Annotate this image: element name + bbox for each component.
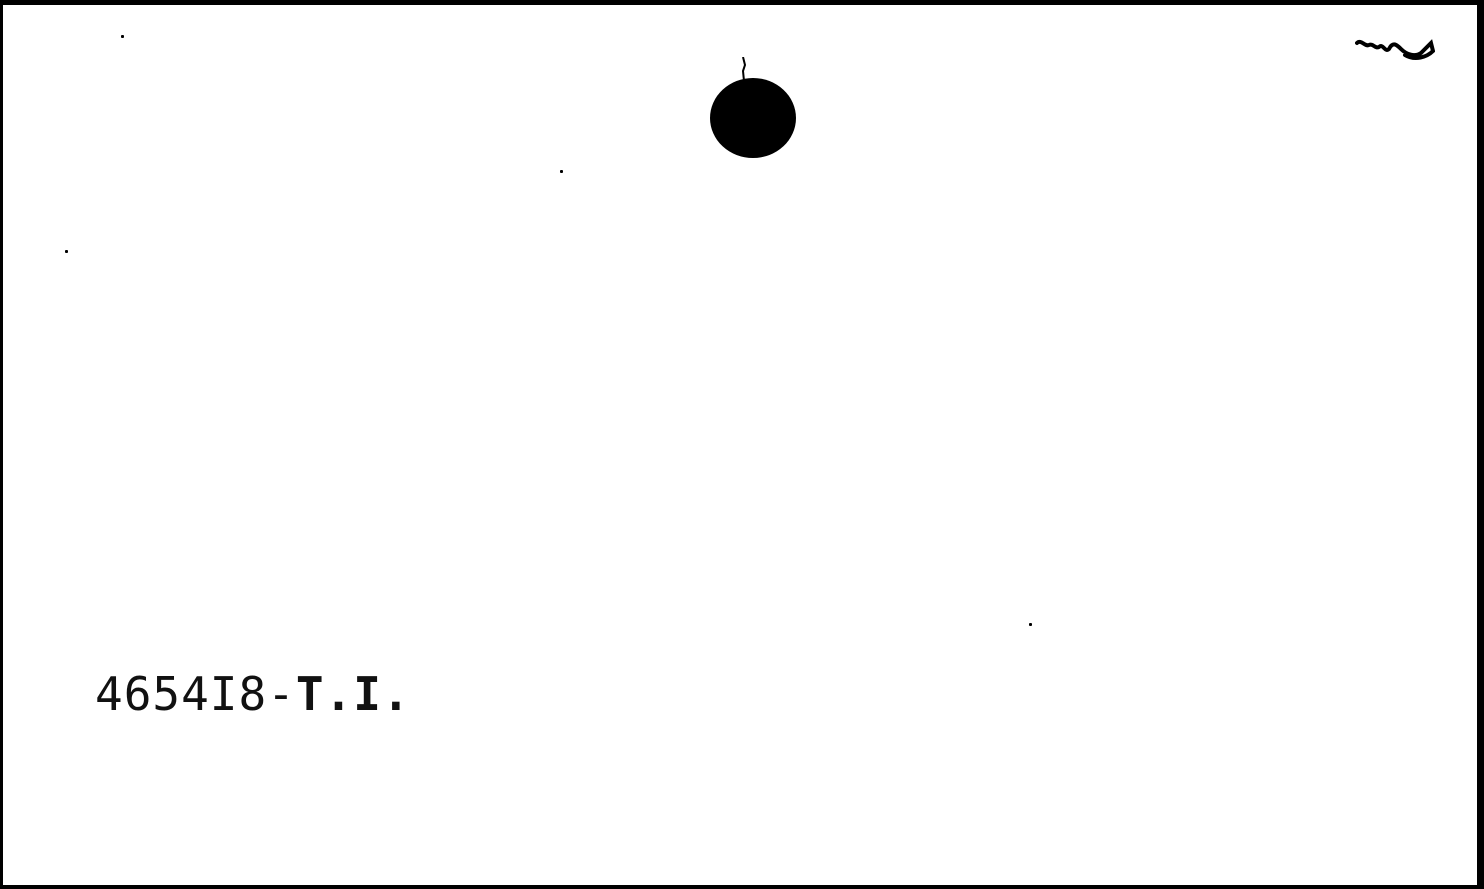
speck bbox=[65, 250, 68, 253]
speck bbox=[121, 35, 124, 38]
speck bbox=[560, 170, 563, 173]
index-card: 4654I8-T.I. bbox=[3, 5, 1477, 885]
card-suffix: T.I. bbox=[296, 667, 411, 721]
card-number: 4654I8- bbox=[95, 667, 296, 721]
punch-hole bbox=[710, 78, 796, 158]
speck bbox=[1029, 623, 1032, 626]
handwritten-initials-icon bbox=[1355, 35, 1435, 67]
card-identifier: 4654I8-T.I. bbox=[95, 667, 411, 721]
